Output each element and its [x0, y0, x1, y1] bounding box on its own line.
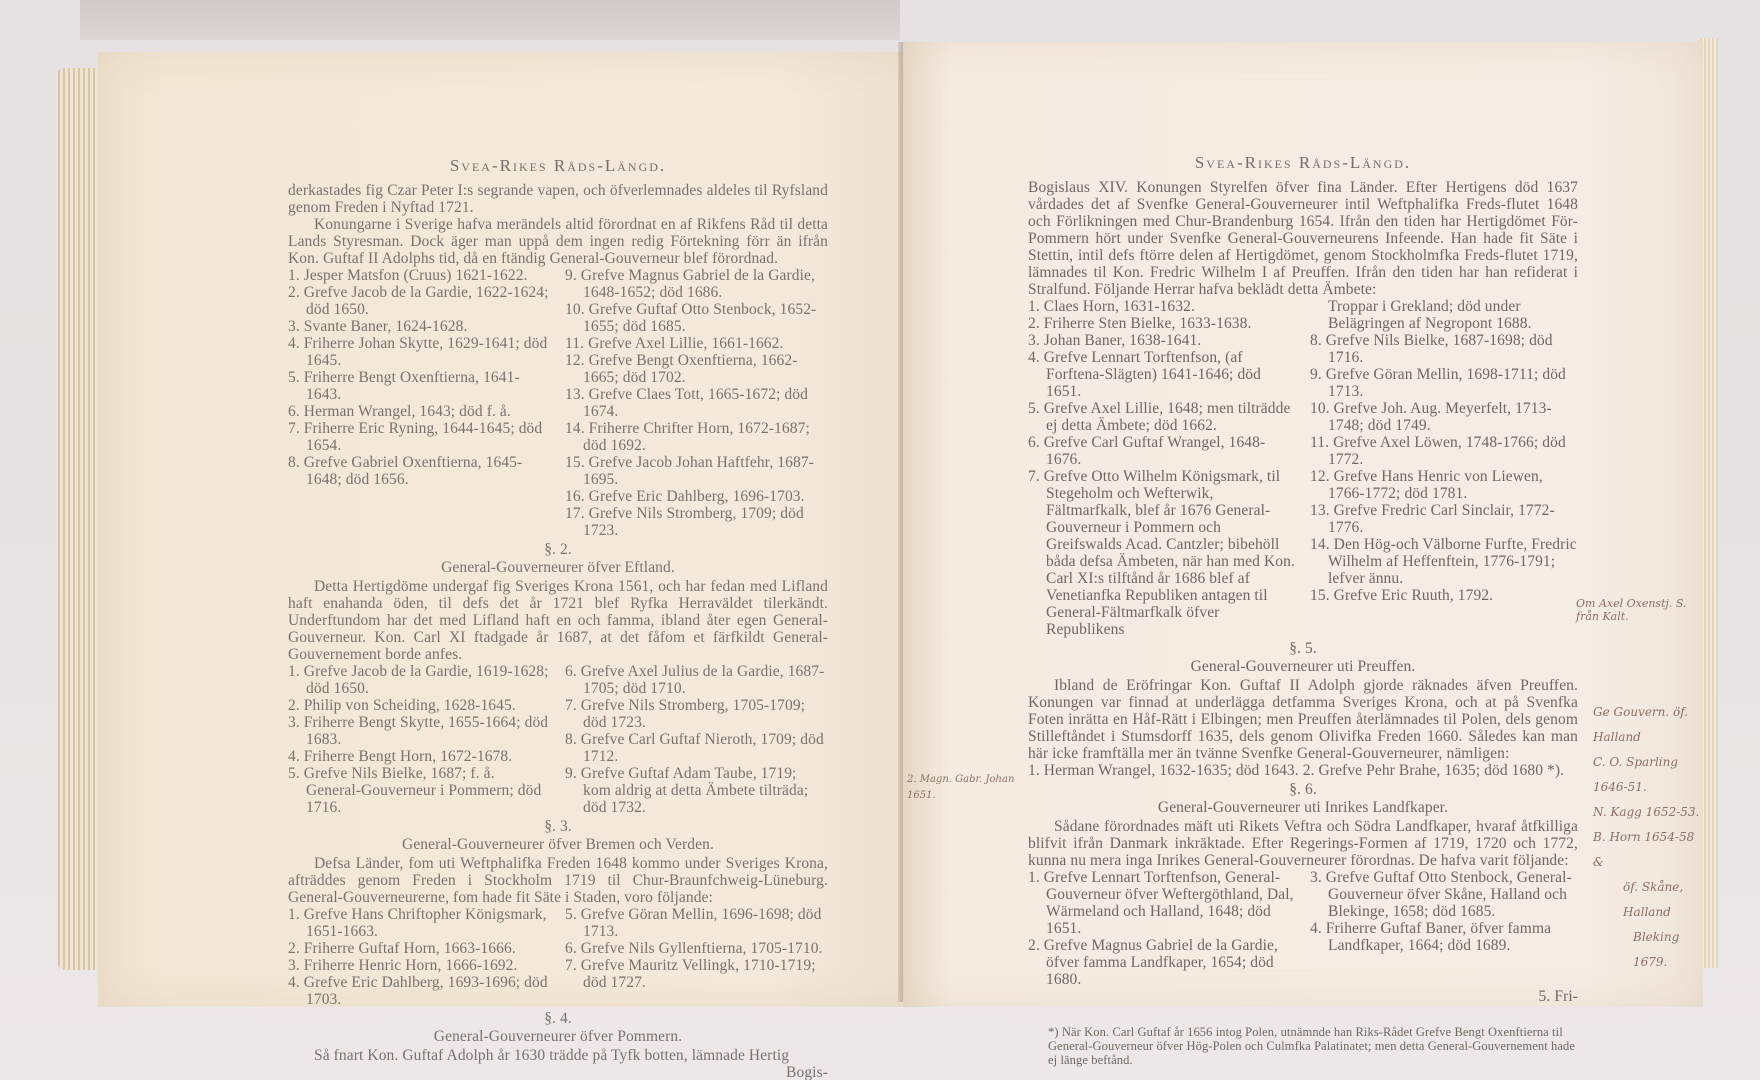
list-item: 4. Grefve Lennart Torftenfson, (af Forft…: [1028, 349, 1296, 400]
list-item: 11. Grefve Axel Lillie, 1661-1662.: [565, 335, 828, 352]
handwritten-line: Bleking 1679.: [1593, 925, 1703, 975]
list-item: 2. Philip von Scheiding, 1628-1645.: [288, 697, 551, 714]
paragraph: Ibland de Eröfringar Kon. Guftaf II Adol…: [1028, 677, 1578, 762]
list-item: 8. Grefve Nils Bielke, 1687-1698; död 17…: [1310, 332, 1578, 366]
list-item: 17. Grefve Nils Stromberg, 1709; död 172…: [565, 505, 828, 539]
handwritten-line: N. Kagg 1652-53.: [1593, 800, 1703, 825]
list-item: 16. Grefve Eric Dahlberg, 1696-1703.: [565, 488, 828, 505]
section-number: §. 6.: [1028, 781, 1578, 798]
list-column-2: Troppar i Grekland; död under Belägringe…: [1310, 298, 1578, 638]
section-title: General-Gouverneurer uti Preuffen.: [1028, 658, 1578, 675]
list-columns: 1. Claes Horn, 1631-1632. 2. Friherre St…: [1028, 298, 1578, 638]
handwritten-line: öf. Skåne, Halland: [1593, 875, 1703, 925]
list-item: 8. Grefve Carl Guftaf Nieroth, 1709; död…: [565, 731, 828, 765]
list-item: 6. Herman Wrangel, 1643; död f. å.: [288, 403, 551, 420]
list-item: 9. Grefve Guftaf Adam Taube, 1719; kom a…: [565, 765, 828, 816]
list-item: 3. Friherre Bengt Skytte, 1655-1664; död…: [288, 714, 551, 748]
list-item: 1. Grefve Jacob de la Gardie, 1619-1628;…: [288, 663, 551, 697]
list-column-2: 9. Grefve Magnus Gabriel de la Gardie, 1…: [565, 267, 828, 539]
list-item: 6. Grefve Axel Julius de la Gardie, 1687…: [565, 663, 828, 697]
list-columns: 1. Grefve Lennart Torftenfson, General-G…: [1028, 869, 1578, 988]
list-item: 9. Grefve Göran Mellin, 1698-1711; död 1…: [1310, 366, 1578, 400]
running-head: Svea-Rikes Råds-Längd.: [1028, 154, 1578, 171]
list-item: 1. Grefve Lennart Torftenfson, General-G…: [1028, 869, 1296, 937]
handwritten-note-small: 2. Magn. Gabr. Johan 1651.: [907, 772, 1014, 804]
paragraph: Bogislaus XIV. Konungen Styrelfen öfver …: [1028, 179, 1578, 298]
footnote: *) När Kon. Carl Guftaf år 1656 intog Po…: [1028, 1025, 1578, 1067]
list-item: 10. Grefve Guftaf Otto Stenbock, 1652-16…: [565, 301, 828, 335]
list-item: 3. Svante Baner, 1624-1628.: [288, 318, 551, 335]
list-item: 4. Grefve Eric Dahlberg, 1693-1696; död …: [288, 974, 551, 1008]
handwritten-line: 2. Magn. Gabr. Johan: [907, 772, 1014, 788]
list-item: 12. Grefve Bengt Oxenftierna, 1662-1665;…: [565, 352, 828, 386]
section-number: §. 3.: [288, 818, 828, 835]
list-item: 14. Friherre Chrifter Horn, 1672-1687; d…: [565, 420, 828, 454]
list-item: 2. Friherre Guftaf Horn, 1663-1666.: [288, 940, 551, 957]
list-item: 7. Grefve Otto Wilhelm Königsmark, til S…: [1028, 468, 1296, 638]
list-columns: 1. Jesper Matsfon (Cruus) 1621-1622. 2. …: [288, 267, 828, 539]
paragraph: Så fnart Kon. Guftaf Adolph år 1630 träd…: [288, 1047, 828, 1064]
paragraph: Detta Hertigdöme undergaf fig Sveriges K…: [288, 578, 828, 663]
section-title: General-Gouverneurer uti Inrikes Landfka…: [1028, 799, 1578, 816]
list-item: 1. Grefve Hans Chriftopher Königsmark, 1…: [288, 906, 551, 940]
handwritten-line: Ge Gouvern. öf. Halland: [1593, 700, 1703, 750]
catchword: 5. Fri-: [1028, 988, 1578, 1005]
right-page: Svea-Rikes Råds-Längd. Bogislaus XIV. Ko…: [903, 42, 1703, 1007]
section-title: General-Gouverneurer öfver Bremen och Ve…: [288, 836, 828, 853]
list-item: 2. Grefve Jacob de la Gardie, 1622-1624;…: [288, 284, 551, 318]
list-column-2: 3. Grefve Guftaf Otto Stenbock, General-…: [1310, 869, 1578, 988]
list-item: 2. Grefve Magnus Gabriel de la Gardie, ö…: [1028, 937, 1296, 988]
list-item: 5. Grefve Axel Lillie, 1648; men tilträd…: [1028, 400, 1296, 434]
list-column-2: 5. Grefve Göran Mellin, 1696-1698; död 1…: [565, 906, 828, 1008]
list-item: 3. Grefve Guftaf Otto Stenbock, General-…: [1310, 869, 1578, 920]
list-item: 3. Johan Baner, 1638-1641.: [1028, 332, 1296, 349]
handwritten-note-list: Ge Gouvern. öf. Halland C. O. Sparling 1…: [1593, 700, 1703, 975]
list-item: 5. Grefve Nils Bielke, 1687; f. å. Gener…: [288, 765, 551, 816]
list-item: 9. Grefve Magnus Gabriel de la Gardie, 1…: [565, 267, 828, 301]
list-columns: 1. Grefve Jacob de la Gardie, 1619-1628;…: [288, 663, 828, 816]
list-item: 6. Grefve Nils Gyllenftierna, 1705-1710.: [565, 940, 828, 957]
list-column-1: 1. Grefve Jacob de la Gardie, 1619-1628;…: [288, 663, 551, 816]
list-item: 7. Friherre Eric Ryning, 1644-1645; död …: [288, 420, 551, 454]
paragraph: derkastades fig Czar Peter I:s segrande …: [288, 182, 828, 216]
left-page: Svea-Rikes Råds-Längd. derkastades fig C…: [98, 52, 938, 1007]
list-item: 13. Grefve Claes Tott, 1665-1672; död 16…: [565, 386, 828, 420]
list-item: 15. Grefve Eric Ruuth, 1792.: [1310, 587, 1578, 604]
running-head: Svea-Rikes Råds-Längd.: [288, 157, 828, 174]
list-item: 7. Grefve Mauritz Vellingk, 1710-1719; d…: [565, 957, 828, 991]
section-number: §. 4.: [288, 1010, 828, 1027]
paragraph: 1. Herman Wrangel, 1632-1635; död 1643. …: [1028, 762, 1578, 779]
list-item: 1. Jesper Matsfon (Cruus) 1621-1622.: [288, 267, 551, 284]
list-item: 10. Grefve Joh. Aug. Meyerfelt, 1713-174…: [1310, 400, 1578, 434]
paragraph: Konungarne i Sverige hafva merändels alt…: [288, 216, 828, 267]
paragraph: Sådane förordnades mäft uti Rikets Veftr…: [1028, 818, 1578, 869]
list-column-1: 1. Grefve Hans Chriftopher Königsmark, 1…: [288, 906, 551, 1008]
list-item: 13. Grefve Fredric Carl Sinclair, 1772-1…: [1310, 502, 1578, 536]
list-item: 12. Grefve Hans Henric von Liewen, 1766-…: [1310, 468, 1578, 502]
list-item: 8. Grefve Gabriel Oxenftierna, 1645-1648…: [288, 454, 551, 488]
left-page-text: Svea-Rikes Råds-Längd. derkastades fig C…: [288, 157, 828, 1080]
list-item: 4. Friherre Bengt Horn, 1672-1678.: [288, 748, 551, 765]
section-title: General-Gouverneurer öfver Eftland.: [288, 559, 828, 576]
list-item: 2. Friherre Sten Bielke, 1633-1638.: [1028, 315, 1296, 332]
list-item-continued: Troppar i Grekland; död under Belägringe…: [1310, 298, 1578, 332]
list-column-1: 1. Jesper Matsfon (Cruus) 1621-1622. 2. …: [288, 267, 551, 539]
handwritten-note: Om Axel Oxenstj. S. från Kalt.: [1576, 597, 1703, 623]
list-column-2: 6. Grefve Axel Julius de la Gardie, 1687…: [565, 663, 828, 816]
list-item: 6. Grefve Carl Guftaf Wrangel, 1648-1676…: [1028, 434, 1296, 468]
list-column-1: 1. Grefve Lennart Torftenfson, General-G…: [1028, 869, 1296, 988]
list-item: 5. Grefve Göran Mellin, 1696-1698; död 1…: [565, 906, 828, 940]
handwritten-line: B. Horn 1654-58 &: [1593, 825, 1703, 875]
list-item: 7. Grefve Nils Stromberg, 1705-1709; död…: [565, 697, 828, 731]
list-item: 11. Grefve Axel Löwen, 1748-1766; död 17…: [1310, 434, 1578, 468]
handwritten-line: C. O. Sparling 1646-51.: [1593, 750, 1703, 800]
list-columns: 1. Grefve Hans Chriftopher Königsmark, 1…: [288, 906, 828, 1008]
list-item: 15. Grefve Jacob Johan Haftfehr, 1687-16…: [565, 454, 828, 488]
right-page-text: Svea-Rikes Råds-Längd. Bogislaus XIV. Ko…: [1028, 154, 1578, 1067]
list-column-1: 1. Claes Horn, 1631-1632. 2. Friherre St…: [1028, 298, 1296, 638]
section-number: §. 5.: [1028, 640, 1578, 657]
list-item: 1. Claes Horn, 1631-1632.: [1028, 298, 1296, 315]
section-title: General-Gouverneurer öfver Pommern.: [288, 1028, 828, 1045]
section-number: §. 2.: [288, 541, 828, 558]
paragraph: Defsa Länder, fom uti Weftphalifka Frede…: [288, 855, 828, 906]
list-item: 14. Den Hög-och Välborne Furfte, Fredric…: [1310, 536, 1578, 587]
handwritten-line: 1651.: [907, 788, 1014, 804]
catchword: Bogis-: [288, 1064, 828, 1080]
list-item: 5. Friherre Bengt Oxenftierna, 1641-1643…: [288, 369, 551, 403]
list-item: 3. Friherre Henric Horn, 1666-1692.: [288, 957, 551, 974]
list-item: 4. Friherre Guftaf Baner, öfver famma La…: [1310, 920, 1578, 954]
open-book: Svea-Rikes Råds-Längd. derkastades fig C…: [58, 30, 1718, 1030]
list-item: 4. Friherre Johan Skytte, 1629-1641; död…: [288, 335, 551, 369]
